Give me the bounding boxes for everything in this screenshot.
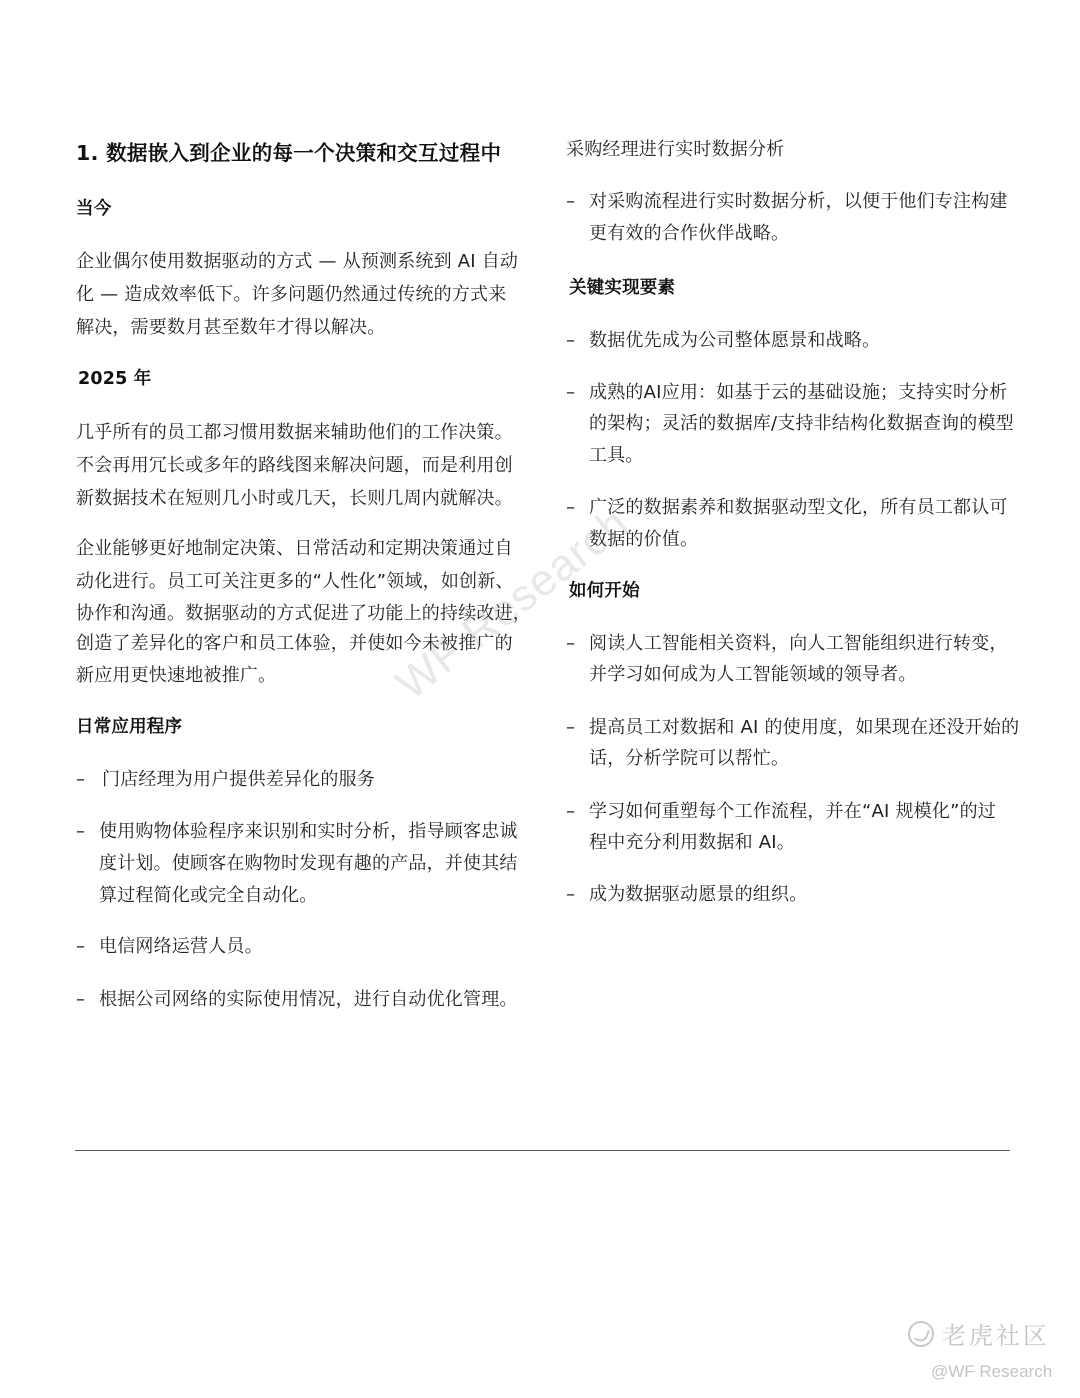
document-page: 1. 数据嵌入到企业的每一个决策和交互过程中 当今 企业偶尔使用数据驱动的方式 …: [0, 0, 1080, 1398]
bullet-text: 成熟的AI应用：如基于云的基础设施；支持实时分析: [589, 376, 1007, 409]
dash-bullet: –: [566, 185, 575, 218]
footer-divider: [75, 1150, 1010, 1151]
today-text-line: 解决，需要数月甚至数年才得以解决。: [76, 311, 385, 344]
heading-2025: 2025 年: [78, 363, 152, 396]
continued-line: 采购经理进行实时数据分析: [566, 133, 784, 166]
watermark-brand-name: 老虎社区: [942, 1316, 1050, 1351]
bullet-text: 话，分析学院可以帮忙。: [589, 742, 789, 775]
dash-bullet: –: [76, 763, 85, 796]
dash-bullet: –: [566, 491, 575, 524]
today-text-line: 企业偶尔使用数据驱动的方式 — 从预测系统到 AI 自动: [76, 245, 518, 278]
dash-bullet: –: [566, 324, 575, 357]
dash-bullet: –: [566, 711, 575, 744]
bullet-text: 更有效的合作伙伴战略。: [589, 217, 789, 250]
year-2025-p1-line: 不会再用冗长或多年的路线图来解决问题，而是利用创: [76, 449, 513, 482]
bullet-text: 成为数据驱动愿景的组织。: [589, 878, 807, 911]
dash-bullet: –: [76, 930, 85, 963]
bullet-text: 提高员工对数据和 AI 的使用度，如果现在还没开始的: [589, 711, 1019, 744]
year-2025-p1-line: 几乎所有的员工都习惯用数据来辅助他们的工作决策。: [76, 416, 513, 449]
year-2025-p2-line: 新应用更快速地被推广。: [76, 659, 276, 692]
bullet-text: 算过程简化或完全自动化。: [99, 879, 317, 912]
heading-daily-apps: 日常应用程序: [76, 711, 182, 744]
tiger-community-logo-icon: [908, 1321, 934, 1347]
heading-key-elements: 关键实现要素: [569, 272, 675, 305]
watermark-brand: 老虎社区: [908, 1316, 1050, 1351]
bullet-text: 工具。: [589, 439, 644, 472]
bullet-text: 对采购流程进行实时数据分析，以便于他们专注构建: [589, 185, 1008, 218]
bullet-text: 电信网络运营人员。: [99, 930, 263, 963]
bullet-text: 度计划。使顾客在购物时发现有趣的产品，并使其结: [99, 847, 518, 880]
section-title: 1. 数据嵌入到企业的每一个决策和交互过程中: [76, 137, 501, 170]
bullet-text: 阅读人工智能相关资料，向人工智能组织进行转变，: [589, 627, 1008, 660]
today-text-line: 化 — 造成效率低下。许多问题仍然通过传统的方式来: [76, 278, 506, 311]
bullet-text: 使用购物体验程序来识别和实时分析，指导顾客忠诚: [99, 815, 518, 848]
bullet-text: 数据优先成为公司整体愿景和战略。: [589, 324, 880, 357]
year-2025-p2-line: 动化进行。员工可关注更多的“人性化”领域，如创新、: [76, 565, 514, 598]
heading-today: 当今: [76, 193, 111, 226]
dash-bullet: –: [566, 376, 575, 409]
dash-bullet: –: [566, 627, 575, 660]
bullet-text: 广泛的数据素养和数据驱动型文化，所有员工都认可: [589, 491, 1008, 524]
dash-bullet: –: [566, 878, 575, 911]
year-2025-p1-line: 新数据技术在短则几小时或几天，长则几周内就解决。: [76, 482, 513, 515]
watermark-handle: @WF Research: [931, 1362, 1052, 1382]
dash-bullet: –: [76, 815, 85, 848]
bullet-text: 程中充分利用数据和 AI。: [589, 826, 795, 859]
dash-bullet: –: [76, 983, 85, 1016]
bullet-text: 的架构；灵活的数据库/支持非结构化数据查询的模型: [589, 407, 1014, 440]
bullet-text: 并学习如何成为人工智能领域的领导者。: [589, 658, 917, 691]
bullet-text: 学习如何重塑每个工作流程，并在“AI 规模化”的过: [589, 795, 996, 828]
dash-bullet: –: [566, 795, 575, 828]
bullet-text: 门店经理为用户提供差异化的服务: [102, 763, 375, 796]
bullet-text: 根据公司网络的实际使用情况，进行自动优化管理。: [99, 983, 518, 1016]
year-2025-p2-line: 企业能够更好地制定决策、日常活动和定期决策通过自: [76, 532, 513, 565]
